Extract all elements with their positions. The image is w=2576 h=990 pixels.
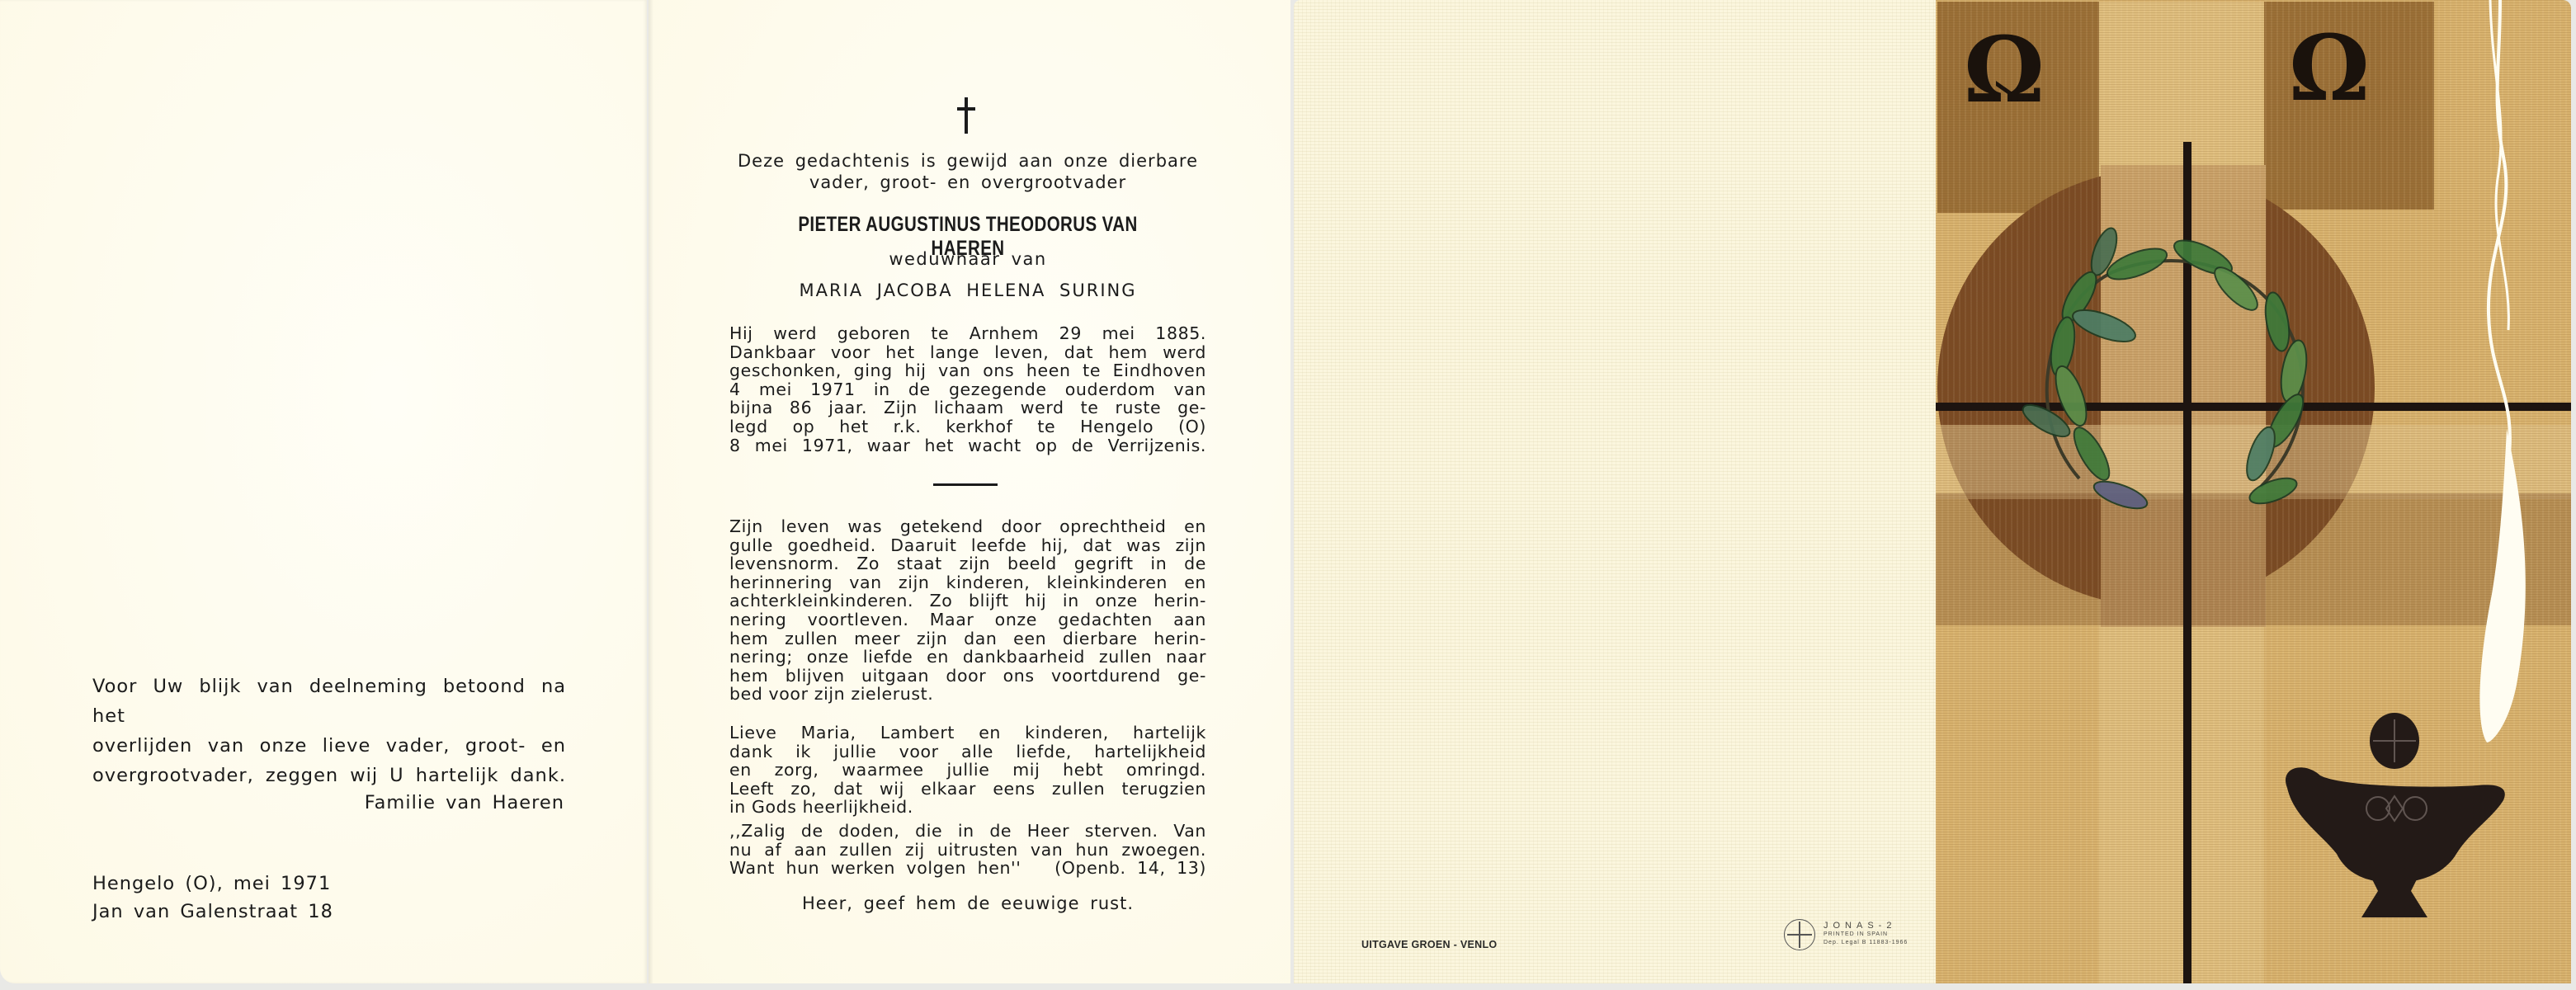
scripture-quote: ,,Zalig de doden, die in de Heer sterven… [729, 822, 1206, 878]
thank-you-message: Voor Uw blijk van deelneming betoond na … [92, 672, 566, 790]
text-line: 4 mei 1971 in de gezegende ouderdom van [729, 380, 1206, 399]
publisher-imprint: UITGAVE GROEN - VENLO [1361, 939, 1497, 950]
text-line: Hij werd geboren te Arnhem 29 mei 1885. [729, 324, 1206, 343]
text-line: Leeft zo, dat wij elkaar eens zullen ter… [729, 780, 1206, 799]
character-paragraph: Zijn leven was getekend door oprechtheid… [729, 517, 1206, 704]
text-line: levensnorm. Zo staat zijn beeld gegrift … [729, 554, 1206, 573]
text-line: bijna 86 jaar. Zijn lichaam werd te rust… [729, 398, 1206, 417]
legal-deposit: Dep. Legal B 11883-1966 [1823, 939, 1908, 947]
text-line: nu af aan zullen zij uitrusten van hun z… [729, 841, 1206, 860]
thanks-line: overlijden van onze lieve vader, groot- … [92, 731, 566, 761]
alpha-icon: Ω [1964, 25, 2045, 115]
text-line: nering voortleven. Maar onze gedachten a… [729, 610, 1206, 629]
thank-you-panel: Voor Uw blijk van deelneming betoond na … [0, 0, 647, 983]
street-address: Jan van Galenstraat 18 [92, 898, 333, 926]
laurel-wreath-icon [2013, 206, 2343, 553]
text-line: dank ik jullie voor alle liefde, harteli… [729, 742, 1206, 761]
text-line: Zijn leven was getekend door oprechtheid… [729, 517, 1206, 536]
divider-rule [933, 483, 998, 486]
printed-in: PRINTED IN SPAIN [1823, 931, 1908, 939]
text-line: 8 mei 1971, waar het wacht op de Verrijz… [729, 436, 1206, 455]
text-line: Want hun werken volgen hen'' (Openb. 14,… [729, 859, 1206, 878]
dedication-line: vader, groot- en overgrootvader [726, 172, 1210, 193]
text-line: Lieve Maria, Lambert en kinderen, hartel… [729, 724, 1206, 742]
dedication: Deze gedachtenis is gewijd aan onze dier… [726, 150, 1210, 193]
text-line: in Gods heerlijkheid. [729, 798, 1206, 817]
cross-icon [957, 97, 975, 134]
relation-label: weduwnaar van [726, 249, 1210, 269]
text-line: hem blijven uitgaan door ons voortdurend… [729, 667, 1206, 686]
dedication-line: Deze gedachtenis is gewijd aan onze dier… [726, 150, 1210, 172]
alpha-chevron-icon [1994, 79, 2031, 97]
closing-prayer: Heer, geef hem de eeuwige rust. [726, 893, 1210, 913]
text-line: en zorg, waarmee jullie mij hebt omringd… [729, 761, 1206, 780]
text-line: Dankbaar voor het lange leven, dat hem w… [729, 343, 1206, 362]
thanks-line: Voor Uw blijk van deelneming betoond na … [92, 672, 566, 731]
place-date: Hengelo (O), mei 1971 [92, 870, 333, 898]
text-line: ,,Zalig de doden, die in de Heer sterven… [729, 822, 1206, 841]
printer-code: JONAS-2 [1823, 921, 1908, 931]
back-panel [1294, 0, 1936, 983]
oil-lamp-icon [2271, 709, 2518, 924]
text-line: hem zullen meer zijn dan een dierbare he… [729, 629, 1206, 648]
text-line: achterkleinkinderen. Zo blijft hij in on… [729, 592, 1206, 610]
text-line: nering; onze liefde en dankbaarheid zull… [729, 648, 1206, 667]
flame-smoke-icon [2467, 0, 2533, 792]
biography-paragraph: Hij werd geboren te Arnhem 29 mei 1885. … [729, 324, 1206, 455]
thanks-line: overgrootvader, zeggen wij U hartelijk d… [92, 761, 566, 790]
family-signature: Familie van Haeren [365, 792, 564, 813]
fold-shadow [649, 0, 653, 983]
text-line: geschonken, ging hij van ons heen te Ein… [729, 361, 1206, 380]
omega-icon: Ω [2289, 23, 2370, 114]
printer-info: JONAS-2 PRINTED IN SPAIN Dep. Legal B 11… [1823, 921, 1908, 947]
text-line: gulle goedheid. Daaruit leefde hij, dat … [729, 536, 1206, 555]
place-and-address: Hengelo (O), mei 1971 Jan van Galenstraa… [92, 870, 333, 926]
text-line: herinnering van zijn kinderen, kleinkind… [729, 573, 1206, 592]
text-line: bed voor zijn zielerust. [729, 685, 1206, 704]
farewell-paragraph: Lieve Maria, Lambert en kinderen, hartel… [729, 724, 1206, 817]
spouse-name: MARIA JACOBA HELENA SURING [726, 280, 1210, 300]
text-line: legd op het r.k. kerkhof te Hengelo (O) [729, 417, 1206, 436]
printer-logo-icon [1784, 919, 1815, 950]
